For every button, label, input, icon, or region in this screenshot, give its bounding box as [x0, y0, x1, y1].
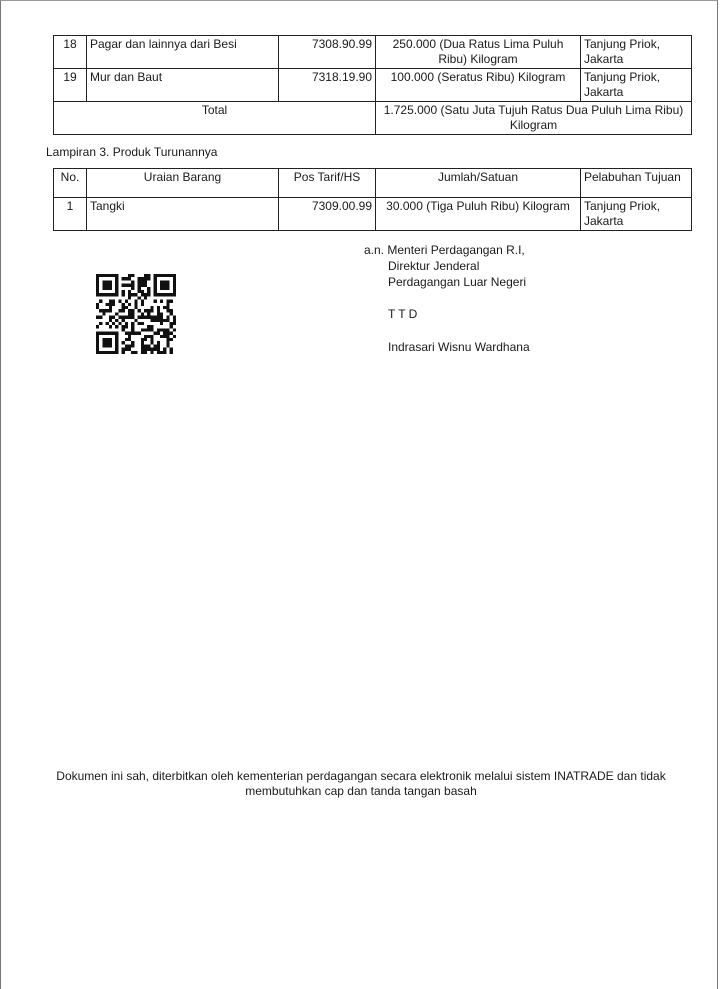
signature-line-2: Direktur Jenderal: [388, 258, 479, 274]
qr-code-icon: [96, 274, 176, 354]
header-pos: Pos Tarif/HS: [279, 169, 376, 198]
table-row: 18 Pagar dan lainnya dari Besi 7308.90.9…: [54, 36, 692, 69]
signature-name: Indrasari Wisnu Wardhana: [388, 339, 530, 355]
validity-footer: Dokumen ini sah, diterbitkan oleh kement…: [41, 769, 681, 799]
header-no: No.: [54, 169, 87, 198]
row-no: 19: [54, 69, 87, 102]
total-row: Total 1.725.000 (Satu Juta Tujuh Ratus D…: [54, 102, 692, 135]
row-pos: 7318.19.90: [279, 69, 376, 102]
table-header: No. Uraian Barang Pos Tarif/HS Jumlah/Sa…: [54, 169, 692, 198]
table-row: 1 Tangki 7309.00.99 30.000 (Tiga Puluh R…: [54, 198, 692, 231]
footer-line-1: Dokumen ini sah, diterbitkan oleh kement…: [41, 769, 681, 784]
total-value: 1.725.000 (Satu Juta Tujuh Ratus Dua Pul…: [376, 102, 692, 135]
signature-line-1: a.n. Menteri Perdagangan R.I,: [364, 242, 525, 258]
lampiran-caption: Lampiran 3. Produk Turunannya: [46, 145, 217, 159]
total-label: Total: [54, 102, 376, 135]
row-jumlah: 100.000 (Seratus Ribu) Kilogram: [376, 69, 581, 102]
signature-ttd: T T D: [388, 306, 417, 322]
header-jumlah: Jumlah/Satuan: [376, 169, 581, 198]
row-pelabuhan: Tanjung Priok, Jakarta: [581, 36, 692, 69]
table-row: 19 Mur dan Baut 7318.19.90 100.000 (Sera…: [54, 69, 692, 102]
derivative-products-table: No. Uraian Barang Pos Tarif/HS Jumlah/Sa…: [53, 168, 692, 231]
row-pos: 7308.90.99: [279, 36, 376, 69]
row-no: 18: [54, 36, 87, 69]
row-pos: 7309.00.99: [279, 198, 376, 231]
row-jumlah: 30.000 (Tiga Puluh Ribu) Kilogram: [376, 198, 581, 231]
goods-table: 18 Pagar dan lainnya dari Besi 7308.90.9…: [53, 35, 692, 135]
footer-line-2: membutuhkan cap dan tanda tangan basah: [41, 784, 681, 799]
row-no: 1: [54, 198, 87, 231]
header-uraian: Uraian Barang: [87, 169, 279, 198]
row-pelabuhan: Tanjung Priok, Jakarta: [581, 198, 692, 231]
row-uraian: Mur dan Baut: [87, 69, 279, 102]
row-pelabuhan: Tanjung Priok, Jakarta: [581, 69, 692, 102]
row-uraian: Tangki: [87, 198, 279, 231]
row-uraian: Pagar dan lainnya dari Besi: [87, 36, 279, 69]
document-page: 18 Pagar dan lainnya dari Besi 7308.90.9…: [0, 0, 718, 989]
header-pelabuhan: Pelabuhan Tujuan: [581, 169, 692, 198]
signature-line-3: Perdagangan Luar Negeri: [388, 274, 526, 290]
row-jumlah: 250.000 (Dua Ratus Lima Puluh Ribu) Kilo…: [376, 36, 581, 69]
